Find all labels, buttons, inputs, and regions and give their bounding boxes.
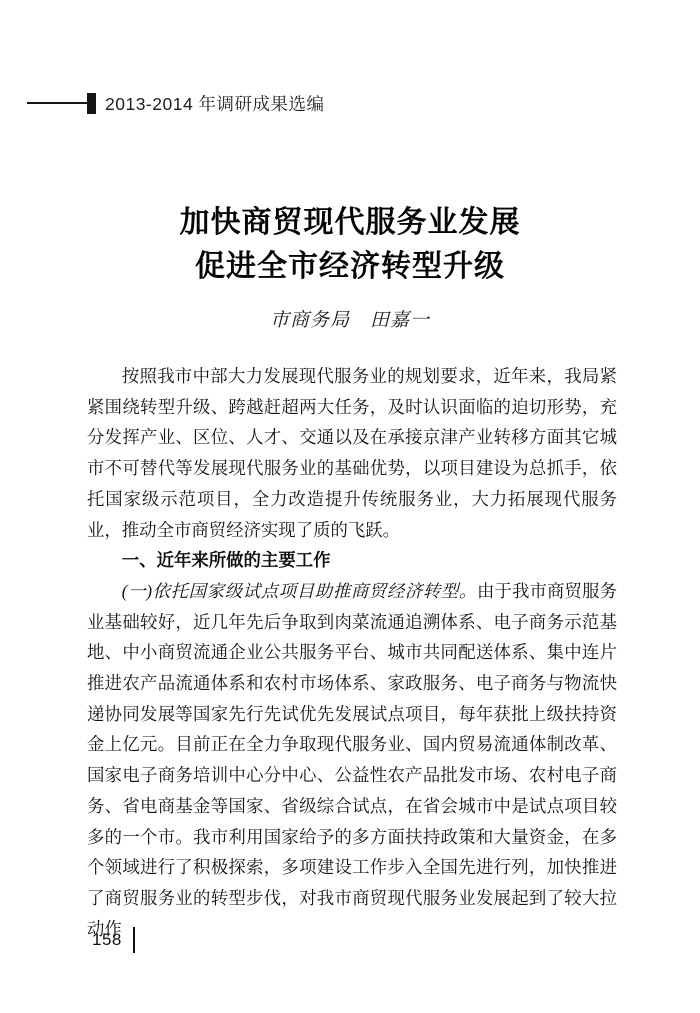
paragraph-1: 按照我市中部大力发展现代服务业的规划要求，近年来，我局紧紧围绕转型升级、跨越赶超…	[87, 361, 617, 545]
footer-rule	[133, 927, 135, 953]
document-page: 2013-2014 年调研成果选编 加快商贸现代服务业发展 促进全市经济转型升级…	[0, 0, 700, 1013]
page-footer: 158	[92, 927, 135, 953]
header-label: 2013-2014 年调研成果选编	[105, 91, 325, 116]
paragraph-2: (一)依托国家级试点项目助推商贸经济转型。由于我市商贸服务业基础较好，近几年先后…	[87, 576, 617, 944]
article-body: 按照我市中部大力发展现代服务业的规划要求，近年来，我局紧紧围绕转型升级、跨越赶超…	[87, 361, 617, 944]
byline-organization: 市商务局	[270, 310, 350, 331]
header-block-marker-icon	[87, 93, 96, 114]
paragraph-2-lead: (一)依托国家级试点项目助推商贸经济转型。	[122, 581, 477, 601]
article-title-line1: 加快商贸现代服务业发展	[0, 201, 700, 245]
paragraph-2-text: 由于我市商贸服务业基础较好，近几年先后争取到肉菜流通追溯体系、电子商务示范基地、…	[87, 581, 617, 939]
page-number: 158	[92, 930, 122, 950]
header-rule	[27, 102, 87, 104]
article-title: 加快商贸现代服务业发展 促进全市经济转型升级	[0, 201, 700, 289]
byline-author: 田嘉一	[370, 310, 430, 331]
byline: 市商务局田嘉一	[0, 305, 700, 332]
running-header: 2013-2014 年调研成果选编	[27, 92, 325, 114]
article-title-line2: 促进全市经济转型升级	[0, 245, 700, 289]
section-heading-1: 一、近年来所做的主要工作	[87, 545, 617, 576]
